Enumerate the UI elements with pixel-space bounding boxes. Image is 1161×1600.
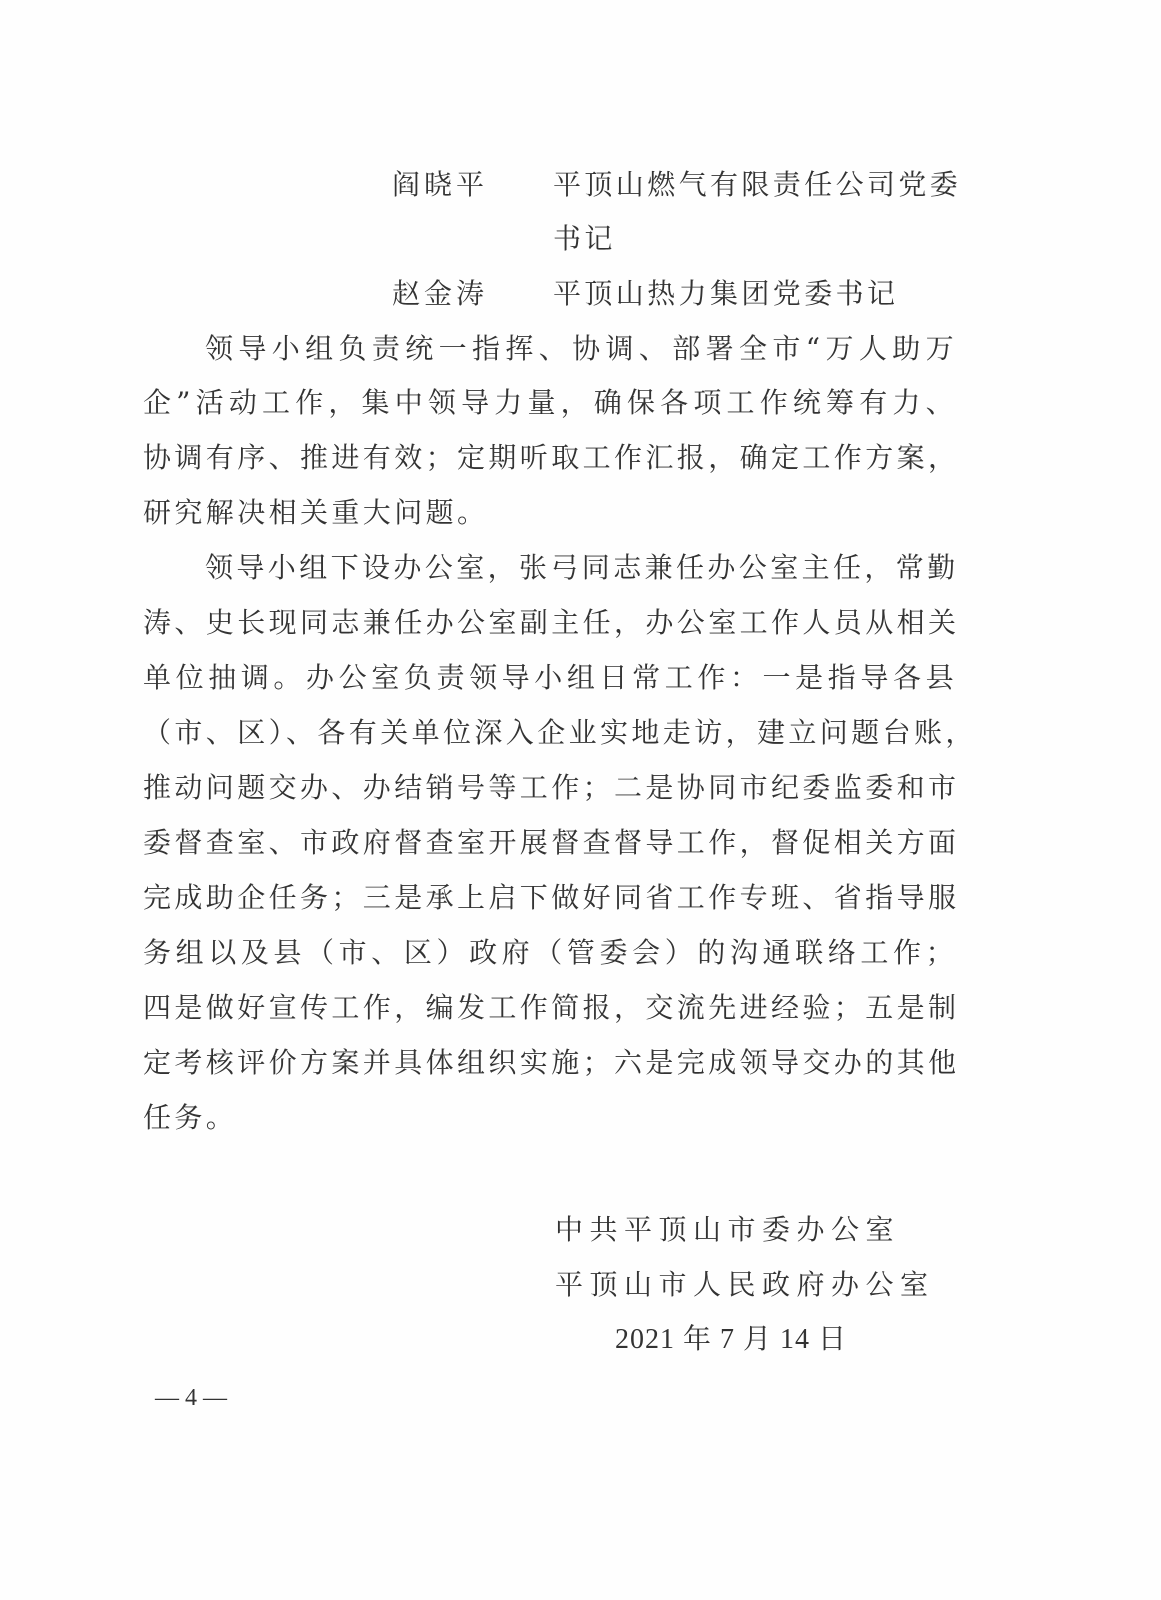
paragraph-line: 研究解决相关重大问题。 [143,496,488,530]
paragraph-line: 协调有序、推进有效；定期听取工作汇报，确定工作方案， [143,441,957,475]
member-name: 赵金涛 [392,277,488,311]
page-number: — 4 — [155,1385,227,1412]
paragraph-line: 委督查室、市政府督查室开展督查督导工作，督促相关方面 [143,826,957,860]
issuing-org-party-committee: 中共平顶山市委办公室 [555,1213,900,1247]
member-name: 阎晓平 [392,168,488,202]
paragraph-line: （市、区）、各有关单位深入企业实地走访，建立问题台账， [143,716,957,750]
paragraph-line: 领导小组下设办公室，张弓同志兼任办公室主任，常勤 [205,551,957,585]
member-title-continued: 书记 [553,222,616,256]
paragraph-line: 四是做好宣传工作，编发工作简报，交流先进经验；五是制 [143,991,957,1025]
paragraph-line: 务组以及县（市、区）政府（管委会）的沟通联络工作； [143,936,957,970]
paragraph-line: 完成助企任务；三是承上启下做好同省工作专班、省指导服 [143,881,957,915]
paragraph-line: 任务。 [143,1101,237,1135]
paragraph-line: 涛、史长现同志兼任办公室副主任，办公室工作人员从相关 [143,606,957,640]
paragraph-line: 定考核评价方案并具体组织实施；六是完成领导交办的其他 [143,1046,957,1080]
issuing-org-government: 平顶山市人民政府办公室 [555,1268,935,1302]
member-title: 平顶山热力集团党委书记 [553,277,898,311]
paragraph-line: 推动问题交办、办结销号等工作；二是协同市纪委监委和市 [143,771,957,805]
paragraph-line: 领导小组负责统一指挥、协调、部署全市“万人助万 [205,332,957,366]
paragraph-line: 单位抽调。办公室负责领导小组日常工作：一是指导各县 [143,661,957,695]
issue-date: 2021 年 7 月 14 日 [615,1323,847,1357]
document-page: 阎晓平 平顶山燃气有限责任公司党委 书记 赵金涛 平顶山热力集团党委书记 领导小… [0,0,1161,1600]
member-title: 平顶山燃气有限责任公司党委 [553,168,961,202]
paragraph-line: 企”活动工作，集中领导力量，确保各项工作统筹有力、 [143,386,957,420]
